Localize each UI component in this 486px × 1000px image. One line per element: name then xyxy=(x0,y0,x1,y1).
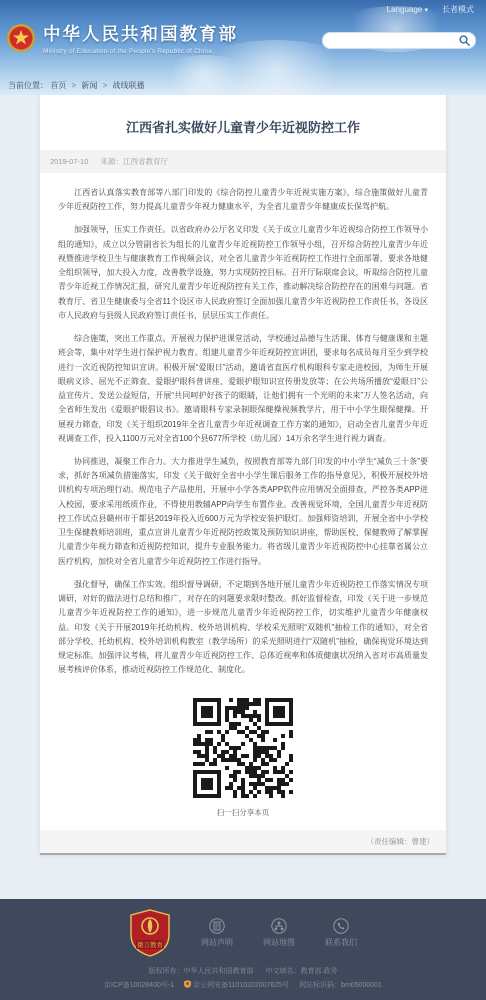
responsible-editor: （责任编辑：曹建） xyxy=(367,837,435,846)
language-label: Language xyxy=(387,5,423,14)
article-paragraph: 江西省认真落实教育部等八部门印发的《综合防控儿童青少年近视实施方案》，综合施策做… xyxy=(58,186,428,214)
qr-section: 扫一扫分享本页 xyxy=(56,694,430,818)
site-footer: 微言教育 网站声明 xyxy=(0,899,486,1000)
page: Language ▾ 长者模式 中华人民共和国教育部 Ministry of E… xyxy=(0,0,486,1000)
contact-icon xyxy=(333,918,349,934)
top-utility-bar: Language ▾ 长者模式 xyxy=(0,0,486,15)
site-subtitle: Ministry of Education of the People's Re… xyxy=(43,48,238,55)
moe-media-badge[interactable]: 微言教育 xyxy=(129,909,171,957)
national-emblem-icon xyxy=(6,23,36,53)
footer-link-label: 网站地图 xyxy=(263,938,295,947)
site-title: 中华人民共和国教育部 xyxy=(43,21,238,46)
police-badge-icon xyxy=(184,980,191,988)
article-card: 江西省扎实做好儿童青少年近视防控工作 2019-07-10 来源：江西省教育厅 … xyxy=(40,95,446,855)
article-meta-bar: 2019-07-10 来源：江西省教育厅 xyxy=(40,150,446,173)
copyright-owner: 版权所有：中华人民共和国教育部 xyxy=(149,968,254,975)
police-record-number: 京公网安备11010202007625号 xyxy=(193,982,289,989)
breadcrumb-home-link[interactable]: 首页 xyxy=(50,81,66,90)
article-title: 江西省扎实做好儿童青少年近视防控工作 xyxy=(56,117,430,136)
cloud-decoration xyxy=(160,55,250,95)
site-code: 网站标识码：bm05000001 xyxy=(299,982,382,989)
footer-link-label: 网站声明 xyxy=(201,938,233,947)
breadcrumb-prefix: 当前位置： xyxy=(8,81,48,90)
qr-caption: 扫一扫分享本页 xyxy=(56,807,430,818)
breadcrumb: 当前位置： 首页 > 新闻 > 战线联播 xyxy=(8,80,145,91)
badge-label: 微言教育 xyxy=(137,940,164,949)
qr-code xyxy=(189,694,297,802)
article-body: 江西省认真落实教育部等八部门印发的《综合防控儿童青少年近视实施方案》，综合施策做… xyxy=(56,173,430,678)
breadcrumb-separator: > xyxy=(71,81,76,90)
spacer xyxy=(0,855,486,900)
footer-link-statement[interactable]: 网站声明 xyxy=(201,918,233,948)
article-paragraph: 加强领导，压实工作责任。以省政府办公厅名义印发《关于成立儿童青少年近视综合防控工… xyxy=(58,223,428,323)
editor-bar: （责任编辑：曹建） xyxy=(40,830,446,855)
sitemap-icon xyxy=(271,918,287,934)
breadcrumb-news-link[interactable]: 新闻 xyxy=(81,81,97,90)
publish-date: 2019-07-10 xyxy=(50,157,88,166)
breadcrumb-current[interactable]: 战线联播 xyxy=(113,81,145,90)
footer-copyright: 版权所有：中华人民共和国教育部中文域名：教育部.政务 京ICP备10028400… xyxy=(0,965,486,992)
chinese-domain: 中文域名：教育部.政务 xyxy=(266,968,338,975)
article-paragraph: 强化督导，确保工作实效。组织督导调研，不定期到各地开展儿童青少年近视防控工作落实… xyxy=(58,578,428,678)
statement-icon xyxy=(209,918,225,934)
language-dropdown[interactable]: Language ▾ xyxy=(387,5,428,14)
footer-link-sitemap[interactable]: 网站地图 xyxy=(263,918,295,948)
site-header: Language ▾ 长者模式 中华人民共和国教育部 Ministry of E… xyxy=(0,0,486,95)
search-box[interactable] xyxy=(322,32,476,49)
search-input[interactable] xyxy=(328,35,459,46)
search-icon[interactable] xyxy=(459,35,470,46)
footer-link-contact[interactable]: 联系我们 xyxy=(325,918,357,948)
breadcrumb-separator: > xyxy=(103,81,108,90)
article-source: 来源：江西省教育厅 xyxy=(100,157,168,166)
chevron-down-icon: ▾ xyxy=(424,7,428,14)
icp-number: 京ICP备10028400号-1 xyxy=(104,982,174,989)
article-paragraph: 综合施策，突出工作重点。开展视力保护进课堂活动，学校通过品德与生活课、体育与健康… xyxy=(58,332,428,446)
footer-link-label: 联系我们 xyxy=(325,938,357,947)
article-paragraph: 协同推进，凝聚工作合力。大力推进学生减负，按照教育部等九部门印发的中小学生“减负… xyxy=(58,455,428,569)
elder-mode-link[interactable]: 长者模式 xyxy=(442,4,474,15)
